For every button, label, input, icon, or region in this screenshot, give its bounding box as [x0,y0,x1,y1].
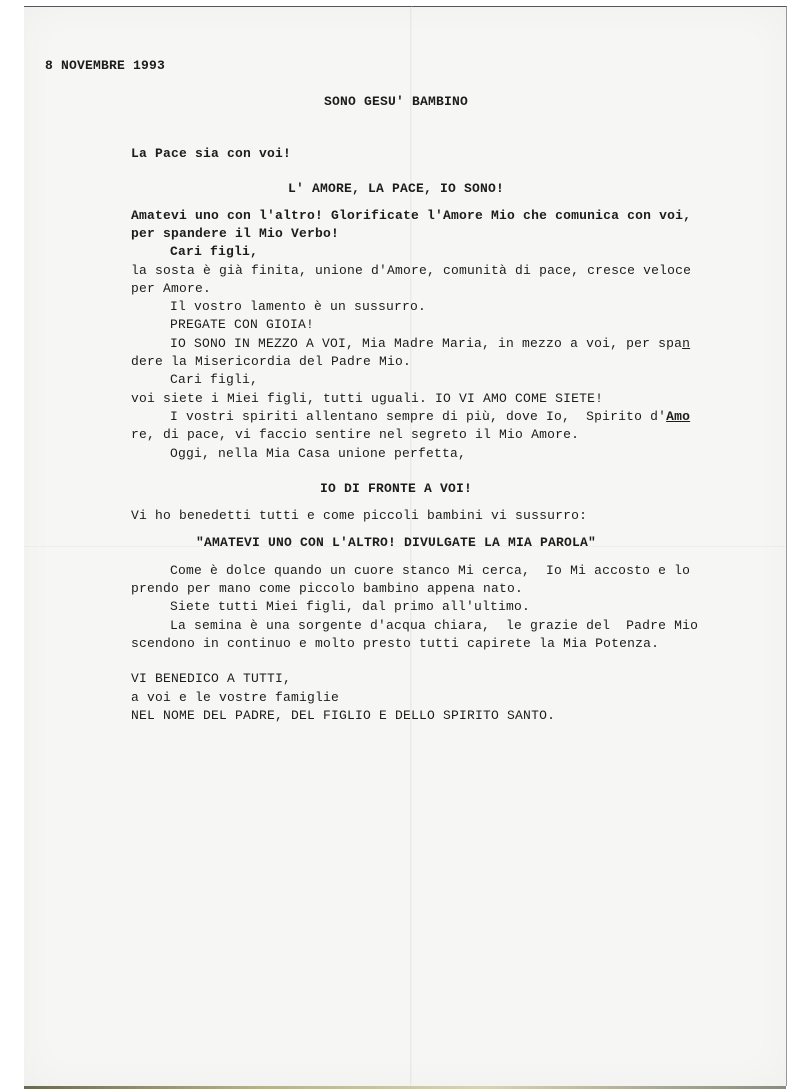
text-line: prendo per mano come piccolo bambino app… [131,581,523,597]
text-line: Cari figli, [170,244,258,260]
text-line: Cari figli, [170,372,258,388]
text-line: Amatevi uno con l'altro! Glorificate l'A… [131,208,691,224]
blessing-intro: Vi ho benedetti tutti e come piccoli bam… [131,508,587,524]
text-segment: I vostri spiriti allentano sempre di più… [170,409,666,424]
text-segment: IO SONO IN MEZZO A VOI, Mia Madre Maria,… [170,336,682,351]
document-date: 8 NOVEMBRE 1993 [45,58,165,74]
text-line: re, di pace, vi faccio sentire nel segre… [131,427,579,443]
greeting: La Pace sia con voi! [131,146,291,162]
text-line: La semina è una sorgente d'acqua chiara,… [170,618,698,634]
text-line: Il vostro lamento è un sussurro. [170,299,426,315]
text-line: la sosta è già finita, unione d'Amore, c… [131,263,691,279]
quoted-message: "AMATEVI UNO CON L'ALTRO! DIVULGATE LA M… [0,535,792,551]
text-line: Oggi, nella Mia Casa unione perfetta, [170,446,466,462]
text-line: Siete tutti Miei figli, dal primo all'ul… [170,599,530,615]
text-line: per spandere il Mio Verbo! [131,226,339,242]
text-line: voi siete i Miei figli, tutti uguali. IO… [131,391,603,407]
closing-line: a voi e le vostre famiglie [131,690,339,706]
closing-line: NEL NOME DEL PADRE, DEL FIGLIO E DELLO S… [131,708,555,724]
underlined-segment: Amo [666,409,690,424]
text-line: scendono in continuo e molto presto tutt… [131,636,659,652]
document-title: SONO GESU' BAMBINO [0,94,792,110]
closing-line: VI BENEDICO A TUTTI, [131,671,291,687]
heading-love-peace: L' AMORE, LA PACE, IO SONO! [0,181,792,197]
text-line: I vostri spiriti allentano sempre di più… [170,409,690,425]
text-line: IO SONO IN MEZZO A VOI, Mia Madre Maria,… [170,336,690,352]
heading-before-you: IO DI FRONTE A VOI! [0,481,792,497]
text-line: dere la Misericordia del Padre Mio. [131,354,411,370]
text-line: Come è dolce quando un cuore stanco Mi c… [170,563,690,579]
text-line: per Amore. [131,281,211,297]
text-line: PREGATE CON GIOIA! [170,317,314,333]
underlined-segment: n [682,336,690,351]
